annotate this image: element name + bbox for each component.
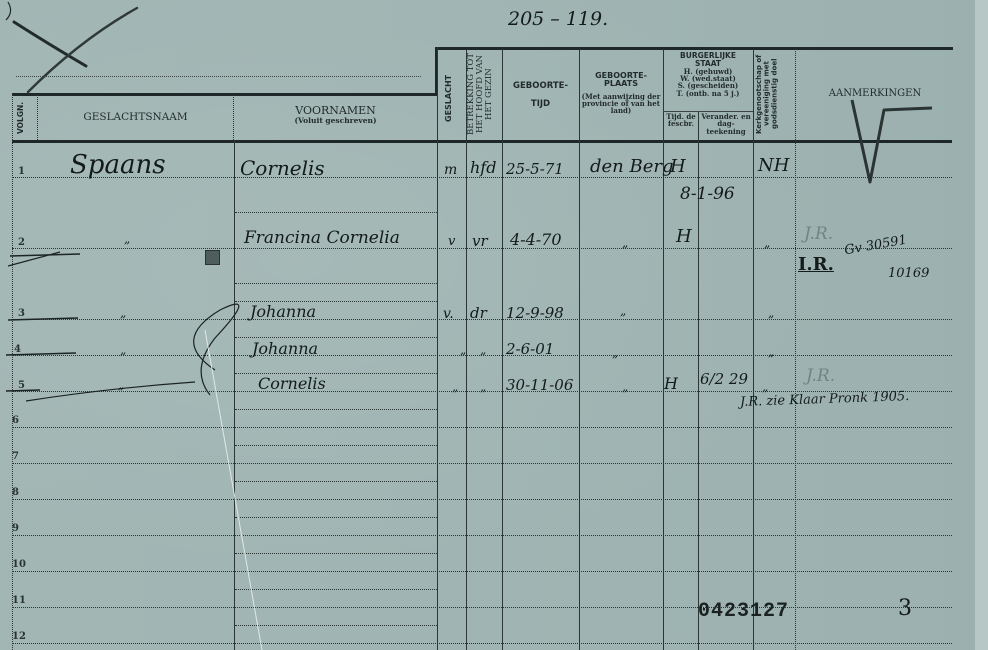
col-border-betrekking <box>502 49 503 650</box>
gv-reference-sub: 10169 <box>888 266 929 281</box>
header-betrekking: BETREKKING TOT HET HOOFD VAN HET GEZIN <box>467 50 501 138</box>
header-geboorteplaats-line2: PLAATS <box>604 79 638 88</box>
row-line-8 <box>12 499 952 500</box>
entry-4-geboortetijd: 2-6-01 <box>506 340 554 358</box>
row-number-7: 7 <box>12 451 19 462</box>
row-line-7 <box>12 463 952 464</box>
entry-1-bs-datum: 8-1-96 <box>680 184 735 204</box>
header-top-right-border <box>435 47 953 50</box>
header-bs-tijd: Tijd. de fescbr. <box>664 113 698 128</box>
header-geboorteplaats-sub: (Met aanwijzing der provincie of van het… <box>579 93 663 115</box>
entry-2-geboortetijd: 4-4-70 <box>510 230 562 249</box>
entry-1-geboorteplaats: den Berg <box>590 156 674 177</box>
ir-stamp: I.R. <box>798 254 834 275</box>
entry-1-kerkgenootschap: NH <box>758 155 789 176</box>
entry-5-jr-pencil-mark: J.R. <box>806 366 835 386</box>
row-number-12: 12 <box>12 631 26 642</box>
header-volgn: VOLGN. <box>16 98 25 138</box>
registration-card: 205 – 119. VOLGN. GESLACHTSNAAM VOORNAME… <box>0 0 988 650</box>
row-number-6: 6 <box>12 415 19 426</box>
entry-5-geboorteplaats: „ <box>622 380 628 394</box>
entry-5-geslachtsnaam: „ <box>118 378 124 392</box>
card-edge <box>975 0 988 650</box>
header-geslacht: GESLACHT <box>444 60 453 136</box>
header-bottom-border <box>12 140 952 143</box>
row-line-10 <box>12 571 952 572</box>
col-border-burgerlijke-staat <box>753 49 754 650</box>
entry-1-burgerlijke-staat: H <box>670 156 686 177</box>
entry-3-kerkgenootschap: „ <box>768 306 774 320</box>
entry-2-betrekking: vr <box>472 232 488 250</box>
entry-2-geslachtsnaam: „ <box>124 232 130 246</box>
jr-pencil-mark: J.R. <box>804 224 833 244</box>
scratch-mark <box>200 330 280 650</box>
row-number-9: 9 <box>12 523 19 534</box>
entry-4-betrekking: „ <box>480 343 486 357</box>
entry-3-geslachtsnaam: „ <box>120 306 126 320</box>
entry-3-geboortetijd: 12-9-98 <box>506 304 564 322</box>
header-bs-verander: Verander. en dag-teekening <box>699 113 753 135</box>
entry-2-voornamen: Francina Cornelia <box>244 228 400 248</box>
entry-2-burgerlijke-staat: H <box>676 226 692 247</box>
row-number-11: 11 <box>12 595 26 606</box>
row-line-11 <box>12 607 952 608</box>
entry-4-geslacht: „ <box>460 343 466 357</box>
col-border-voornamen <box>437 47 438 650</box>
entry-1-geslachtsnaam: Spaans <box>70 150 166 180</box>
header-voornamen-sub: (Voluit geschreven) <box>234 117 437 125</box>
col-border-kerkgenootschap <box>795 49 796 650</box>
header-geboortetijd: GEBOORTE- TIJD <box>502 82 579 109</box>
entry-5-geboortetijd: 30-11-06 <box>506 376 573 394</box>
row-line-6 <box>12 427 952 428</box>
row-number-8: 8 <box>12 487 19 498</box>
entry-5-kerkgenootschap: „ <box>762 380 768 394</box>
header-voornamen: VOORNAMEN (Voluit geschreven) <box>234 105 437 124</box>
row-number-10: 10 <box>12 559 26 570</box>
header-kerkgenootschap: Kerkgenootschap of vereeniging met godsd… <box>756 50 792 138</box>
row-line-9 <box>12 535 952 536</box>
entry-1-betrekking: hfd <box>470 158 496 177</box>
header-bs-t: T. (ontb. na 5 j.) <box>663 90 753 97</box>
header-geboortetijd-line2: TIJD <box>531 99 550 109</box>
card-number: 205 – 119. <box>508 8 608 30</box>
entry-3-betrekking: dr <box>470 304 487 322</box>
header-geboortetijd-line1: GEBOORTE- <box>513 81 568 91</box>
entry-4-kerkgenootschap: „ <box>768 345 774 359</box>
entry-3-geboorteplaats: „ <box>620 304 626 318</box>
row-subline-1 <box>235 212 437 213</box>
check-mark-icon <box>840 90 940 190</box>
entry-5-burgerlijke-staat: H <box>664 374 678 393</box>
stamp-number: 0423127 <box>698 600 789 623</box>
entry-5-geslacht: „ <box>452 380 458 394</box>
entry-5-betrekking: „ <box>480 380 486 394</box>
entry-3-geslacht: v. <box>443 306 454 322</box>
entry-3-voornamen: Johanna <box>250 302 316 321</box>
col-border-geboortetijd <box>579 49 580 650</box>
entry-5-bs-datum: 6/2 29 <box>700 370 748 388</box>
header-geslachtsnaam: GESLACHTSNAAM <box>38 112 233 123</box>
top-dotted-line <box>16 76 421 77</box>
entry-2-geboorteplaats: „ <box>622 236 628 250</box>
cross-mark-icon <box>0 0 160 100</box>
entry-2-geslacht: v <box>448 234 455 249</box>
entry-4-geboorteplaats: „ <box>612 346 618 360</box>
entry-1-geboortetijd: 25-5-71 <box>506 160 564 178</box>
entry-1-voornamen: Cornelis <box>240 156 325 180</box>
header-burgerlijke-staat: BURGERLIJKE STAAT H. (gehuwd) W. (wed.st… <box>663 52 753 97</box>
row-subline-2 <box>235 283 437 284</box>
gv-reference: Gv 30591 <box>843 233 908 259</box>
entry-1-geslacht: m <box>444 162 457 178</box>
header-top-left-border <box>12 93 438 96</box>
stamped-box-icon <box>205 250 220 265</box>
header-geboorteplaats: GEBOORTE- PLAATS (Met aanwijzing der pro… <box>579 72 663 115</box>
entry-4-geslachtsnaam: „ <box>120 343 126 357</box>
row-number-1: 1 <box>18 166 25 177</box>
row-line-12 <box>12 643 952 644</box>
entry-2-aanmerkingen: J.R. I.R. Gv 30591 10169 J.R. I.R. Gv 30… <box>798 224 958 294</box>
page-mark: 3 <box>898 596 912 621</box>
entry-2-kerkgenootschap: „ <box>764 236 770 250</box>
col-border-geboorteplaats <box>663 49 664 650</box>
